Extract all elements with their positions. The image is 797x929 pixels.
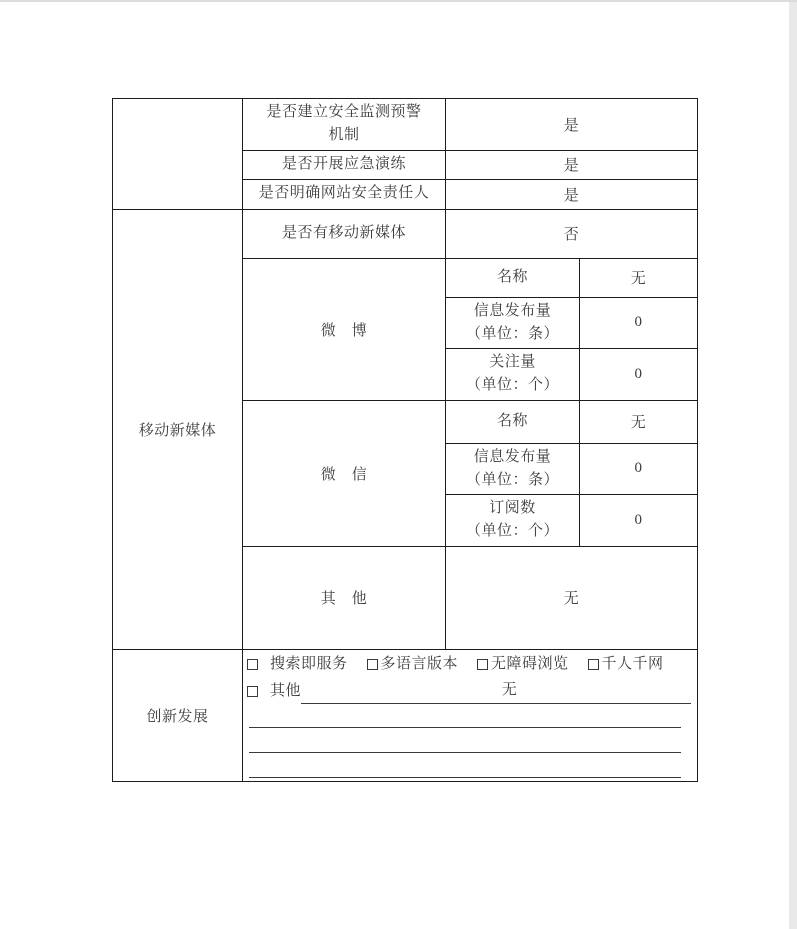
option-search-service: 搜索即服务 — [247, 652, 348, 677]
mobile-media-section-header: 移动新媒体 — [113, 209, 243, 649]
innovation-section-header: 创新发展 — [113, 649, 243, 781]
weibo-posts-value: 0 — [580, 297, 698, 349]
option-label: 无障碍浏览 — [491, 652, 569, 677]
weibo-name-label-cell: 名称 — [446, 258, 580, 297]
has-mobile-media-label-cell: 是否有移动新媒体 — [243, 209, 446, 258]
fill-in-line[interactable] — [249, 704, 681, 728]
annual-report-table: 是否建立安全监测预警 机制 是 是否开展应急演练 是 是否明确网站安全责任人 是… — [112, 98, 698, 782]
row-security-monitoring: 是否建立安全监测预警 机制 是 — [113, 99, 698, 151]
wechat-posts-value: 0 — [580, 443, 698, 495]
security-monitoring-value: 是 — [446, 99, 698, 151]
option-label: 搜索即服务 — [270, 652, 348, 677]
wechat-name-label-cell: 名称 — [446, 400, 580, 443]
emergency-drill-label: 是否开展应急演练 — [282, 153, 406, 176]
security-officer-value: 是 — [446, 179, 698, 209]
wechat-posts-label-cell: 信息发布量 （单位：条） — [446, 443, 580, 495]
weibo-followers-label-cell: 关注量 （单位：个） — [446, 349, 580, 401]
has-mobile-media-value: 否 — [446, 209, 698, 258]
fill-in-line[interactable] — [249, 753, 681, 778]
row-has-mobile-media: 移动新媒体 是否有移动新媒体 否 — [113, 209, 698, 258]
page-edge-strip — [789, 2, 797, 929]
other-media-label-cell: 其 他 — [243, 546, 446, 649]
security-officer-label-cell: 是否明确网站安全责任人 — [243, 179, 446, 209]
option-personalized: 千人千网 — [588, 652, 664, 677]
option-label: 多语言版本 — [381, 652, 459, 677]
weibo-name-label: 名称 — [497, 266, 528, 289]
security-monitoring-label-cell: 是否建立安全监测预警 机制 — [243, 99, 446, 151]
checkbox-icon[interactable] — [477, 659, 488, 670]
weibo-name-value: 无 — [580, 258, 698, 297]
innovation-checkbox-line: 搜索即服务 多语言版本 无障碍浏览 千人千网 — [247, 652, 693, 677]
other-fill-in-field[interactable]: 无 — [301, 678, 691, 704]
option-label: 千人千网 — [602, 652, 664, 677]
weibo-posts-label: 信息发布量 （单位：条） — [466, 300, 559, 347]
empty-header-cell — [113, 99, 243, 210]
checkbox-icon[interactable] — [367, 659, 378, 670]
wechat-posts-label: 信息发布量 （单位：条） — [466, 446, 559, 493]
other-media-value: 无 — [446, 546, 698, 649]
document-page: 是否建立安全监测预警 机制 是 是否开展应急演练 是 是否明确网站安全责任人 是… — [0, 0, 797, 929]
security-officer-label: 是否明确网站安全责任人 — [259, 182, 430, 205]
checkbox-icon[interactable] — [247, 686, 258, 697]
innovation-other-line: 其他 无 — [247, 677, 693, 704]
weibo-followers-value: 0 — [580, 349, 698, 401]
wechat-name-value: 无 — [580, 400, 698, 443]
checkbox-icon[interactable] — [247, 659, 258, 670]
weibo-followers-label: 关注量 （单位：个） — [466, 351, 559, 398]
wechat-subscribers-value: 0 — [580, 495, 698, 547]
fill-in-line[interactable] — [249, 728, 681, 753]
option-multilingual: 多语言版本 — [367, 652, 459, 677]
wechat-name-label: 名称 — [497, 410, 528, 433]
checkbox-icon[interactable] — [588, 659, 599, 670]
row-innovation: 创新发展 搜索即服务 多语言版本 无障碍浏览 — [113, 649, 698, 781]
weibo-posts-label-cell: 信息发布量 （单位：条） — [446, 297, 580, 349]
emergency-drill-label-cell: 是否开展应急演练 — [243, 150, 446, 179]
page-top-edge — [0, 0, 797, 2]
wechat-subscribers-label-cell: 订阅数 （单位：个） — [446, 495, 580, 547]
wechat-header-cell: 微 信 — [243, 400, 446, 546]
has-mobile-media-label: 是否有移动新媒体 — [282, 222, 406, 245]
wechat-subscribers-label: 订阅数 （单位：个） — [466, 497, 559, 544]
other-option-label: 其他 — [270, 679, 301, 704]
emergency-drill-value: 是 — [446, 150, 698, 179]
innovation-content-cell: 搜索即服务 多语言版本 无障碍浏览 千人千网 — [243, 649, 698, 781]
option-accessibility: 无障碍浏览 — [477, 652, 569, 677]
weibo-header-cell: 微 博 — [243, 258, 446, 400]
security-monitoring-label: 是否建立安全监测预警 机制 — [266, 101, 421, 148]
